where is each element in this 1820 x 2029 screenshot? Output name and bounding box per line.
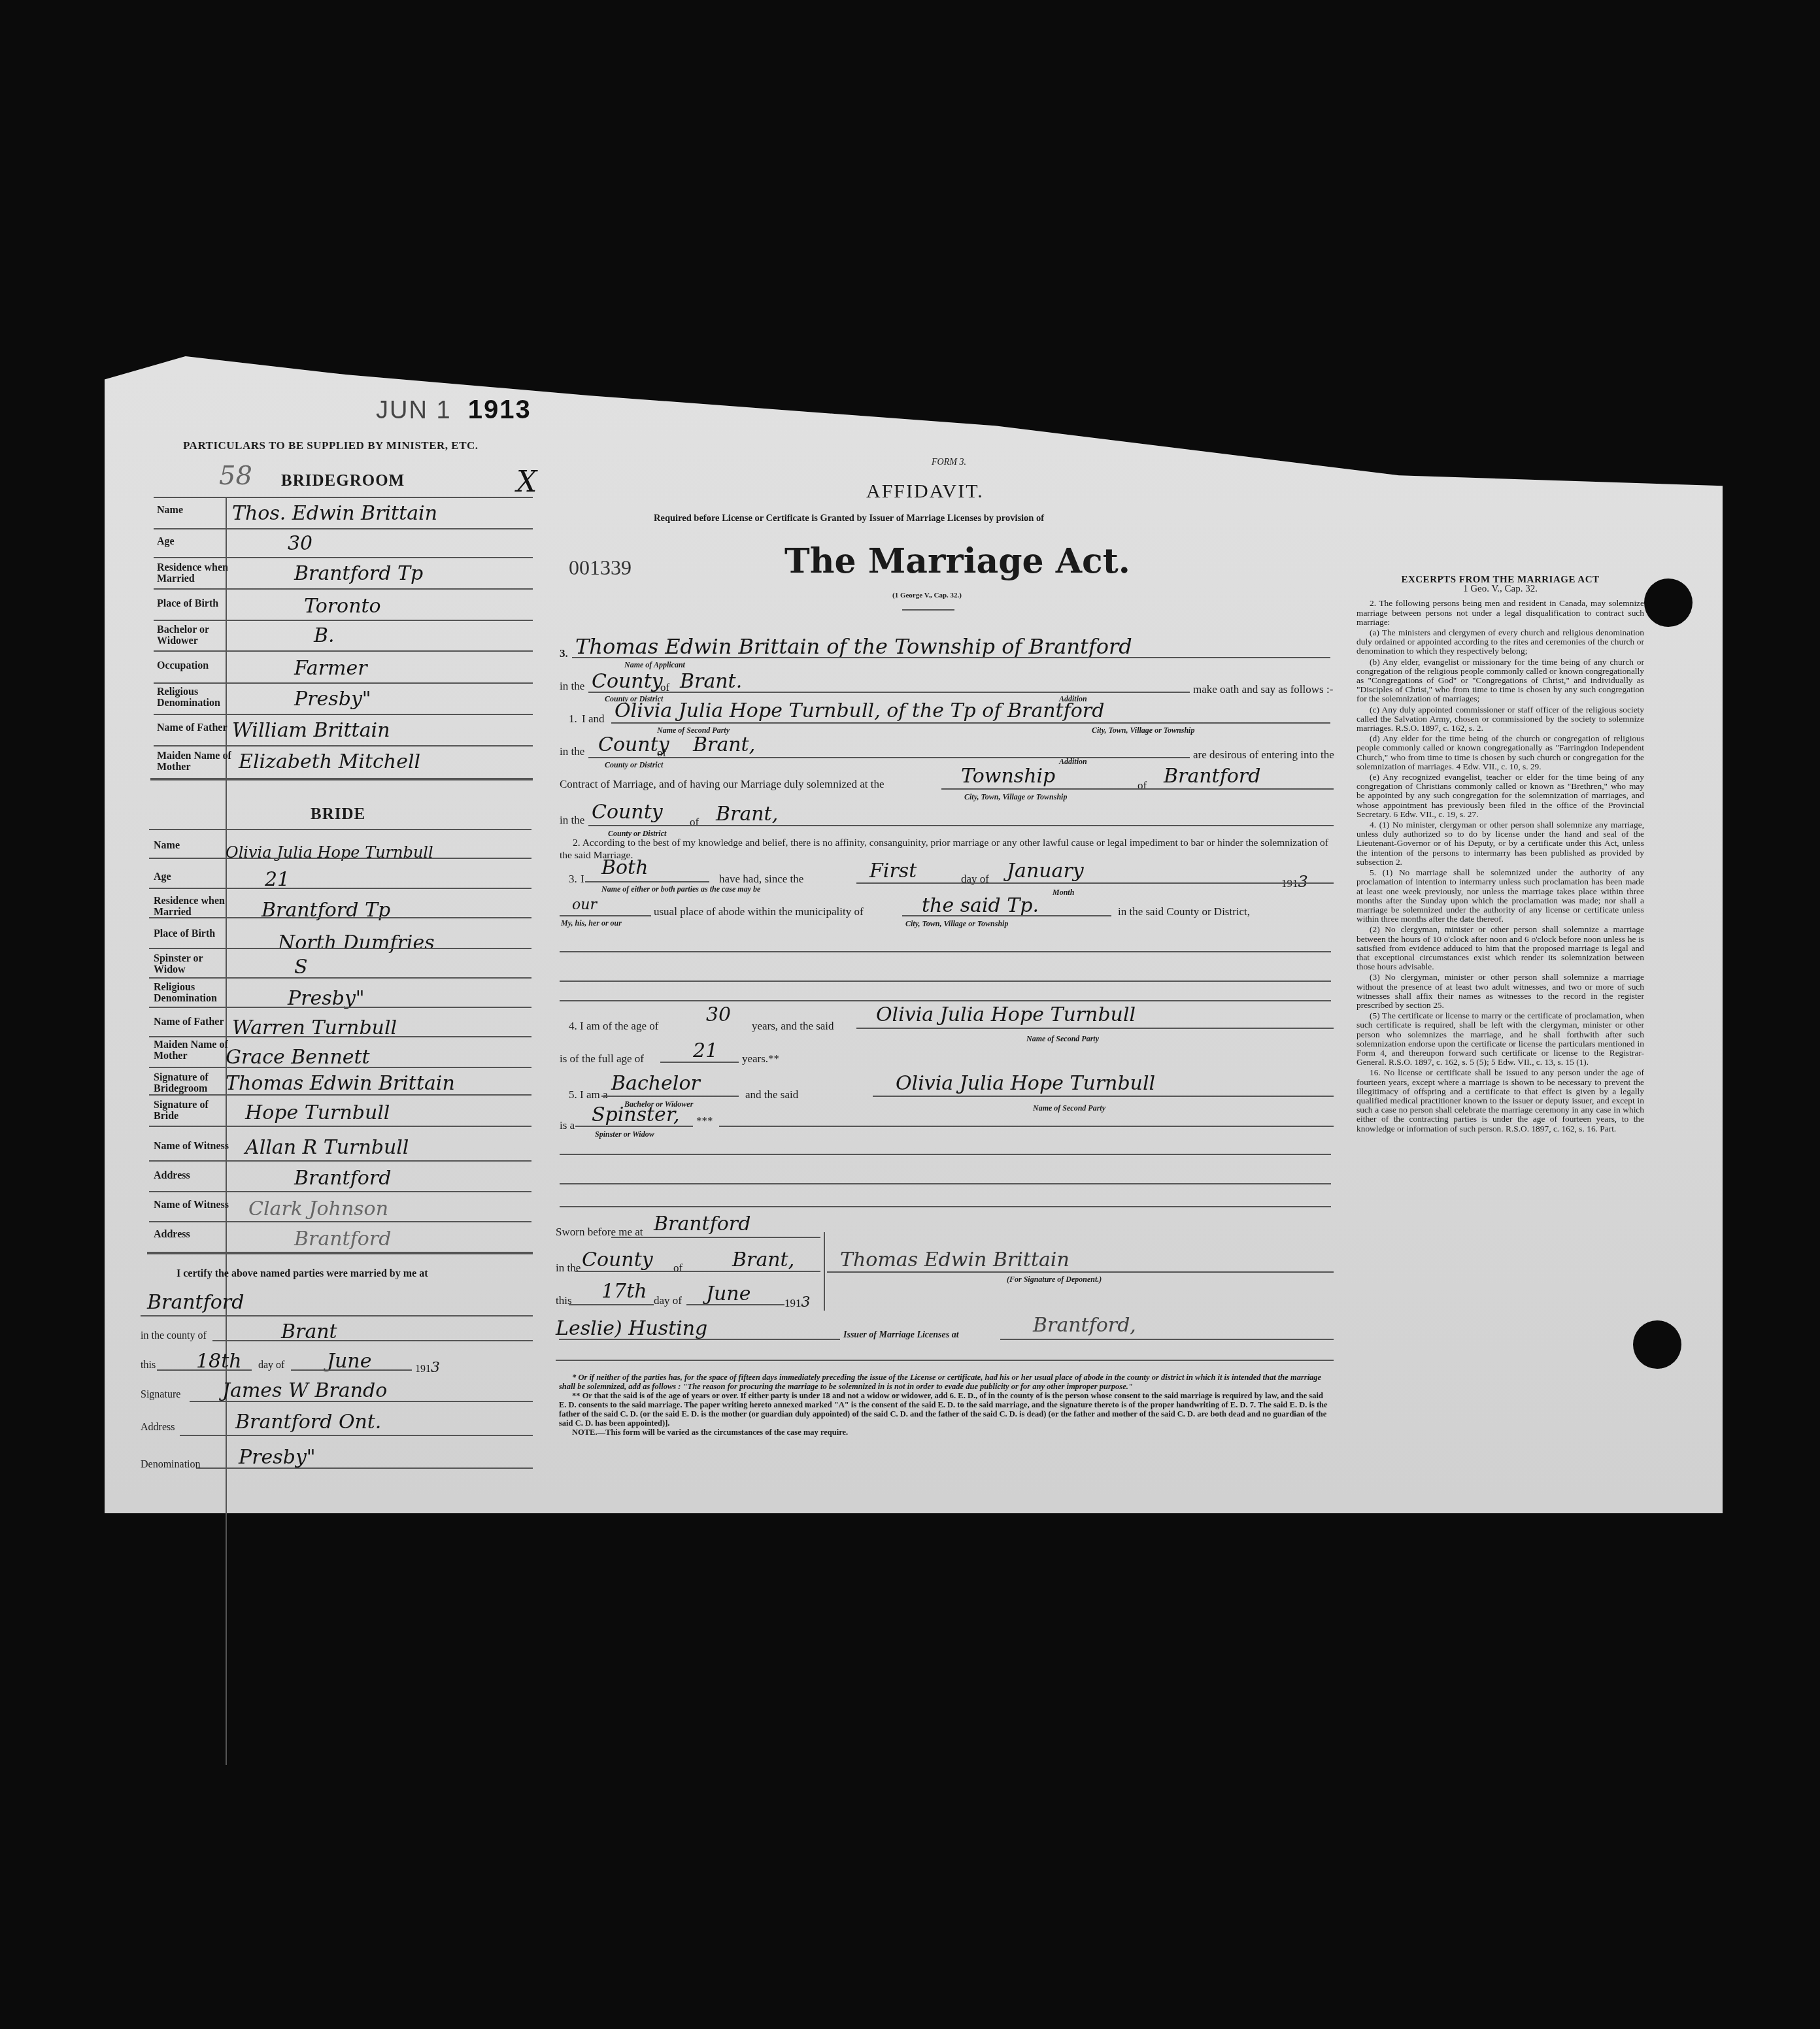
field-label: Age <box>154 871 171 882</box>
required-text: Required before License or Certificate i… <box>654 513 1044 524</box>
divider <box>149 1036 531 1037</box>
form-note: NOTE.—This form will be varied as the ci… <box>559 1428 1330 1437</box>
divider <box>902 609 954 611</box>
second-party-name: Olivia Julia Hope Turnbull, of the Tp of… <box>615 699 1104 722</box>
static-text: in the said County or District, <box>1118 905 1250 918</box>
divider <box>154 557 533 558</box>
issuer-signature: Leslie) Husting <box>556 1317 707 1340</box>
sworn-county-name: Brant, <box>732 1249 794 1271</box>
static-text: I am a <box>580 1088 607 1101</box>
address-label: Address <box>141 1422 175 1434</box>
divider <box>149 1191 531 1192</box>
divider <box>291 1369 412 1371</box>
applicant-county: County <box>592 670 663 693</box>
static-text: years, and the said <box>752 1020 834 1033</box>
divider <box>154 714 533 715</box>
divider <box>601 1096 739 1097</box>
caption: Name of Second Party <box>1026 1034 1099 1044</box>
static-text: day of <box>961 873 989 886</box>
caption: (For Signature of Deponent.) <box>1007 1275 1102 1284</box>
sworn-month: June <box>706 1283 750 1305</box>
groom-mother: Elizabeth Mitchell <box>239 750 420 773</box>
static-text: I am of the age of <box>580 1020 658 1032</box>
divider <box>190 1401 533 1402</box>
divider <box>873 1096 1334 1097</box>
field-label: Maiden Name of Mother <box>157 750 232 773</box>
divider <box>154 745 533 746</box>
excerpt-paragraph: (d) Any elder for the time being of the … <box>1357 734 1644 771</box>
caption: Month <box>1053 888 1074 897</box>
caption: City, Town, Village or Township <box>905 919 1008 929</box>
divider <box>154 497 533 498</box>
divider <box>556 1360 1334 1361</box>
divider <box>824 1232 825 1311</box>
divider <box>141 1315 533 1316</box>
divider <box>149 917 531 918</box>
excerpt-paragraph: (e) Any recognized evangelist, teacher o… <box>1357 773 1644 819</box>
minister-signature: James W Brando <box>222 1379 387 1402</box>
day-of-label: day of <box>258 1360 284 1371</box>
bride-status: S <box>294 956 308 979</box>
field-label: Name of Father <box>157 722 227 733</box>
static-text: I and <box>582 713 604 726</box>
punch-hole-top <box>1644 579 1693 627</box>
divider <box>196 1467 533 1469</box>
static-text: and the said <box>745 1088 798 1101</box>
left-panel-header: PARTICULARS TO BE SUPPLIED BY MINISTER, … <box>183 439 479 452</box>
act-title: The Marriage Act. <box>784 541 1130 581</box>
static-text: is a <box>560 1119 575 1132</box>
divider <box>611 1237 820 1238</box>
divider <box>559 1339 840 1340</box>
static-text: make oath and say as follows :- <box>1193 683 1333 696</box>
divider <box>149 858 531 859</box>
divider <box>180 1435 533 1436</box>
divider <box>149 1094 531 1096</box>
groom-name: Thos. Edwin Brittain <box>232 502 437 525</box>
sworn-year: 1913 <box>784 1294 811 1311</box>
static-text: in the <box>560 680 584 693</box>
groom-age: 30 <box>288 532 312 555</box>
field-label: Age <box>157 536 175 547</box>
divider <box>575 1271 820 1272</box>
excerpt-paragraph: (2) No clergyman, minister or other pers… <box>1357 925 1644 971</box>
bride-birthplace: North Dumfries <box>278 931 435 954</box>
year-suffix: 3 <box>1298 873 1308 891</box>
divider <box>212 1340 533 1341</box>
divider <box>149 1221 531 1222</box>
field-label: Place of Birth <box>154 928 215 939</box>
paragraph-2: 2. According to the best of my knowledge… <box>560 837 1334 862</box>
divider <box>1000 1339 1334 1340</box>
field-label: Address <box>154 1229 190 1240</box>
act-citation: (1 George V., Cap. 32.) <box>892 592 962 599</box>
bride-signature: Hope Turnbull <box>245 1101 390 1124</box>
second-party-place: Brant, <box>693 733 755 756</box>
field-label: Name of Father <box>154 1016 224 1028</box>
divider <box>149 1007 531 1008</box>
excerpts-title: EXCERPTS FROM THE MARRIAGE ACT <box>1357 575 1644 584</box>
static-text: Contract of Marriage, and of having our … <box>560 778 885 791</box>
footnote-2: ** Or that the said is of the age of yea… <box>559 1391 1330 1428</box>
signature-label: Signature <box>141 1389 180 1401</box>
divider <box>560 1154 1331 1155</box>
static-text: of <box>690 816 699 829</box>
excerpt-paragraph: (5) The certificate or license to marry … <box>1357 1011 1644 1067</box>
divider <box>585 881 709 882</box>
line-number: 3. <box>569 873 577 886</box>
field-label: Occupation <box>157 660 209 671</box>
static-text: are desirous of entering into the <box>1193 748 1334 762</box>
certify-text: I certify the above named parties were m… <box>177 1268 428 1280</box>
footnotes: * Or if neither of the parties has, for … <box>559 1373 1330 1437</box>
divider <box>560 1000 1331 1001</box>
static-text: in the <box>560 745 584 758</box>
divider <box>560 951 1331 952</box>
caption: Spinster or Widow <box>595 1130 654 1139</box>
groom-father: William Brittain <box>232 719 390 742</box>
divider <box>569 1304 654 1305</box>
field-label: Signature of Bride <box>154 1099 219 1122</box>
second-party-age: 21 <box>693 1039 718 1062</box>
divider <box>149 1067 531 1068</box>
excerpt-paragraph: (b) Any elder, evangelist or missionary … <box>1357 658 1644 704</box>
line-number: 1. <box>569 713 577 726</box>
divider <box>575 1126 693 1127</box>
sworn-county: County <box>582 1249 653 1271</box>
check-mark: X <box>516 465 537 499</box>
excerpt-paragraph: 5. (1) No marriage shall be solemnized u… <box>1357 868 1644 924</box>
static-text: this <box>556 1294 572 1307</box>
divider <box>154 620 533 621</box>
divider <box>560 915 651 916</box>
para4-line1: 4. I am of the age of <box>569 1020 658 1033</box>
divider <box>149 948 531 949</box>
divider <box>149 1160 531 1162</box>
line-number: 3. <box>560 647 568 660</box>
issuer-label: Issuer of Marriage Licenses at <box>843 1330 959 1341</box>
line-number: 5. <box>569 1088 577 1101</box>
divider <box>149 888 531 889</box>
field-label: Residence when Married <box>157 562 242 584</box>
groom-signature: Thomas Edwin Brittain <box>226 1072 455 1095</box>
divider <box>149 829 531 830</box>
static-text: usual place of abode within the municipa… <box>654 905 864 918</box>
caption: Addition <box>1059 757 1087 767</box>
second-party-name-status: Olivia Julia Hope Turnbull <box>896 1072 1155 1095</box>
caption: My, his, her or our <box>561 918 622 928</box>
field-label: Bachelor or Widower <box>157 624 222 646</box>
applicant-age: 30 <box>706 1003 731 1026</box>
static-text: of <box>673 1262 682 1275</box>
residence-since-day: First <box>869 860 917 882</box>
excerpt-paragraph: 4. (1) No minister, clergyman or other p… <box>1357 820 1644 867</box>
act-excerpts: EXCERPTS FROM THE MARRIAGE ACT 1 Geo. V.… <box>1357 575 1644 1135</box>
field-label: Maiden Name of Mother <box>154 1039 232 1062</box>
residence-parties: Both <box>601 856 648 879</box>
divider <box>660 1062 739 1063</box>
divider <box>588 757 1190 758</box>
excerpt-paragraph: 16. No license or certificate shall be i… <box>1357 1068 1644 1133</box>
affidavit-title: AFFIDAVIT. <box>866 480 984 503</box>
residence-year: 1913 <box>1281 873 1308 891</box>
divider <box>147 1252 533 1254</box>
solemnize-county-name: Brant, <box>716 803 778 826</box>
excerpt-paragraph: (a) The ministers and clergymen of every… <box>1357 628 1644 656</box>
stamp-year: 1913 <box>468 395 531 424</box>
divider <box>154 682 533 684</box>
certify-place: Brantford <box>147 1291 244 1314</box>
field-label: Religious Denomination <box>154 982 232 1004</box>
field-label: Name of Witness <box>154 1199 229 1211</box>
caption: County or District <box>605 760 663 770</box>
divider <box>827 1271 1334 1273</box>
static-text: have had, since the <box>719 873 803 886</box>
denomination-label: Denomination <box>141 1459 201 1471</box>
year-prefix-text: 191 <box>415 1364 431 1375</box>
solemnize-county: County <box>592 801 663 824</box>
divider <box>941 788 1334 790</box>
punch-hole-bottom <box>1633 1320 1681 1369</box>
bride-mother: Grace Bennett <box>226 1046 370 1069</box>
applicant-place: Brant. <box>680 670 742 693</box>
caption: Name of either or both parties as the ca… <box>601 884 760 894</box>
field-label: Name of Witness <box>154 1141 229 1152</box>
witness2-name: Clark Johnson <box>248 1198 388 1220</box>
divider <box>719 1126 1334 1127</box>
solemnize-city: Brantford <box>1164 765 1260 788</box>
divider <box>588 825 1334 826</box>
footnote-1: * Or if neither of the parties has, for … <box>559 1373 1330 1391</box>
issuer-place: Brantford, <box>1033 1314 1136 1337</box>
applicant-name: Thomas Edwin Brittain of the Township of… <box>575 634 1132 659</box>
abode-municipality: the said Tp. <box>922 894 1039 917</box>
field-label: Name <box>154 840 180 851</box>
residence-since-month: January <box>1007 860 1084 882</box>
minister-address: Brantford Ont. <box>235 1411 381 1434</box>
excerpts-subtitle: 1 Geo. V., Cap. 32. <box>1357 584 1644 594</box>
static-text: is of the full age of <box>560 1052 644 1065</box>
year-prefix: 1913 <box>415 1360 440 1376</box>
static-text: *** <box>696 1115 713 1128</box>
caption: City, Town, Village or Township <box>1092 726 1194 735</box>
caption: Name of Applicant <box>624 660 685 670</box>
sworn-day: 17th <box>601 1280 647 1303</box>
margin-annotation: 58 <box>219 461 252 491</box>
static-text: of <box>1137 779 1147 792</box>
field-label: Address <box>154 1170 190 1181</box>
this-label: this <box>141 1360 156 1371</box>
divider <box>150 778 533 780</box>
field-label: Place of Birth <box>157 598 218 609</box>
stamp-month: JUN 1 <box>376 397 452 424</box>
witness2-address: Brantford <box>294 1228 391 1250</box>
groom-occupation: Farmer <box>294 657 367 680</box>
divider <box>157 1369 252 1371</box>
year-suffix: 3 <box>801 1294 811 1311</box>
field-label: Signature of Bridegroom <box>154 1072 219 1094</box>
groom-residence: Brantford Tp <box>294 562 423 585</box>
divider <box>611 722 1330 724</box>
field-label: Spinster or Widow <box>154 953 219 975</box>
sworn-place: Brantford <box>654 1213 750 1235</box>
divider <box>856 882 1334 884</box>
caption: City, Town, Village or Township <box>964 792 1067 802</box>
year-prefix-text: 191 <box>784 1297 801 1309</box>
bride-title: BRIDE <box>311 805 365 824</box>
divider <box>154 650 533 652</box>
field-label: Religious Denomination <box>157 686 235 709</box>
divider <box>902 915 1111 916</box>
divider <box>686 1304 784 1305</box>
second-party-name-age: Olivia Julia Hope Turnbull <box>876 1003 1136 1026</box>
static-text: day of <box>654 1294 682 1307</box>
static-text: I <box>581 873 584 886</box>
divider <box>588 692 1190 693</box>
applicant-status: Bachelor <box>611 1072 700 1095</box>
caption: Name of Second Party <box>1033 1103 1105 1113</box>
second-party-status: Spinster, <box>592 1103 679 1126</box>
divider <box>154 588 533 590</box>
static-text: in the <box>556 1262 581 1275</box>
divider <box>149 1126 531 1127</box>
divider <box>560 981 1331 982</box>
form-number: FORM 3. <box>932 458 966 468</box>
excerpt-paragraph: 2. The following persons being men and r… <box>1357 599 1644 627</box>
line-number: 4. <box>569 1020 577 1032</box>
year-suffix: 3 <box>431 1360 440 1376</box>
minister-denomination: Presby" <box>239 1446 316 1469</box>
static-text: years.** <box>742 1052 779 1065</box>
witness1-address: Brantford <box>294 1167 391 1190</box>
divider <box>154 528 533 529</box>
solemnize-place: Township <box>961 765 1055 788</box>
static-text: in the <box>560 814 584 827</box>
field-label: Residence when Married <box>154 896 239 918</box>
bridegroom-title: BRIDEGROOM <box>281 472 405 490</box>
abode-pronoun: our <box>572 897 597 913</box>
excerpt-paragraph: (3) No clergyman, minister or other pers… <box>1357 973 1644 1010</box>
field-label: Name <box>157 505 183 516</box>
divider <box>572 657 1330 658</box>
groom-status: B. <box>314 624 335 647</box>
divider <box>560 1183 1331 1184</box>
serial-number: 001339 <box>569 556 632 580</box>
deponent-signature: Thomas Edwin Brittain <box>840 1249 1070 1271</box>
divider <box>560 1206 1331 1207</box>
para5-line1: 5. I am a <box>569 1088 607 1101</box>
divider <box>149 977 531 979</box>
groom-denomination: Presby" <box>294 688 371 711</box>
county-label: in the county of <box>141 1330 207 1342</box>
divider <box>856 1028 1334 1029</box>
groom-birthplace: Toronto <box>304 595 381 618</box>
excerpt-paragraph: (c) Any duly appointed commissioner or s… <box>1357 705 1644 733</box>
received-date-stamp: JUN 1 1913 <box>376 395 531 425</box>
witness1-name: Allan R Turnbull <box>245 1136 409 1159</box>
